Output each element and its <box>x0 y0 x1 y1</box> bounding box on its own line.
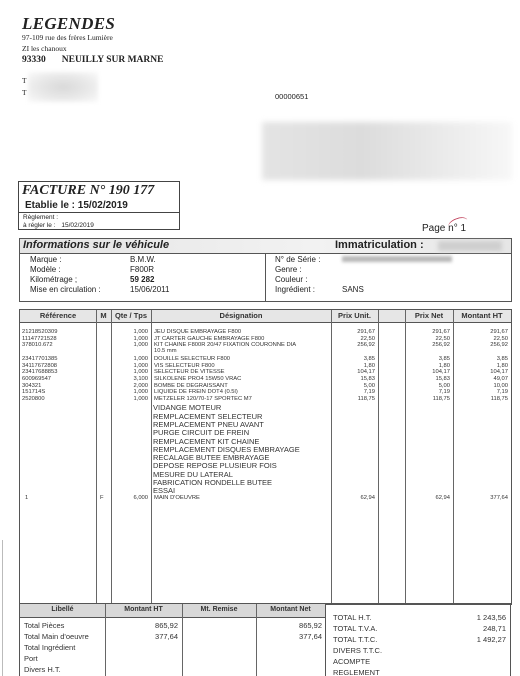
item-reference: 304321 <box>22 383 41 389</box>
vehicle-mileage-label: Kilométrage ; <box>30 275 77 284</box>
item-quantity: 1,000 <box>111 356 148 362</box>
grand-total-row: TOTAL T.V.A.248,71 <box>333 624 506 633</box>
grand-total-label: TOTAL T.T.C. <box>333 635 377 644</box>
vehicle-brand-value: B.M.W. <box>130 255 156 264</box>
item-net-price: 118,75 <box>405 396 450 402</box>
grand-total-label: TOTAL T.V.A. <box>333 624 377 633</box>
header-total-ht: Montant HT <box>453 311 511 320</box>
item-total-ht: 291,67 <box>453 329 508 335</box>
vehicle-color-label: Couleur : <box>275 275 307 284</box>
vehicle-info-title: Informations sur le véhicule <box>23 239 169 251</box>
item-reference: 23417701385 <box>22 356 57 362</box>
item-quantity: 2,000 <box>111 383 148 389</box>
header-amount-ht: Montant HT <box>105 606 182 613</box>
vehicle-registration-date-label: Mise en circulation : <box>30 285 101 294</box>
item-quantity: 1,000 <box>111 329 148 335</box>
due-date-line: à régler le : 15/02/2019 <box>23 222 94 229</box>
item-quantity: 3,100 <box>111 376 148 382</box>
item-net-price: 1,80 <box>405 363 450 369</box>
payment-label: Règlement : <box>23 214 58 221</box>
item-quantity: 1,000 <box>111 336 148 342</box>
summary-label: Divers H.T. <box>24 665 61 674</box>
header-qty: Qte / Tps <box>111 311 151 320</box>
redacted-serial-number <box>342 256 452 262</box>
summary-label: Total Ingrédient <box>24 643 75 652</box>
item-unit-price: 1,80 <box>331 363 375 369</box>
item-reference: 11147721528 <box>22 336 57 342</box>
labor-note: ESSAI <box>153 486 175 495</box>
client-number: 00000651 <box>275 92 308 101</box>
company-address-line1: 97-109 rue des frères Lumière <box>22 33 113 42</box>
grand-total-label: DIVERS T.T.C. <box>333 646 382 655</box>
vehicle-model-value: F800R <box>130 265 154 274</box>
item-quantity: 1,000 <box>111 369 148 375</box>
item-net-price: 15,83 <box>405 376 450 382</box>
grand-totals: TOTAL H.T.1 243,56TOTAL T.V.A.248,71TOTA… <box>324 603 511 676</box>
item-reference: 23417688853 <box>22 369 57 375</box>
vehicle-ingredient-label: Ingrédient : <box>275 285 315 294</box>
header-designation: Désignation <box>151 311 331 320</box>
company-city-line: 93330NEUILLY SUR MARNE <box>22 55 179 65</box>
company-name: LEGENDES <box>22 14 115 34</box>
item-net-price: 291,67 <box>405 329 450 335</box>
item-unit-price: 291,67 <box>331 329 375 335</box>
header-label: Libellé <box>20 606 105 613</box>
item-designation: MAIN D'OEUVRE <box>154 495 200 501</box>
summary-amount-ht: 377,64 <box>105 632 178 641</box>
registration-label: Immatriculation : <box>335 239 424 251</box>
vehicle-ingredient-value: SANS <box>342 285 364 294</box>
invoice-title: FACTURE N° 190 177 <box>22 183 154 199</box>
column-divider <box>96 310 97 604</box>
item-unit-price: 7,19 <box>331 389 375 395</box>
item-total-ht: 7,19 <box>453 389 508 395</box>
item-designation-cont: 10.5 mm <box>154 348 177 354</box>
invoice-issue-date: Etablie le : 15/02/2019 <box>25 200 128 211</box>
redacted-registration <box>438 241 502 251</box>
item-designation: BOMBE DE DEGRAISSANT <box>154 383 228 389</box>
divider <box>19 212 179 213</box>
item-unit-price: 15,83 <box>331 376 375 382</box>
summary-amount-ht: 865,92 <box>105 621 178 630</box>
item-total-ht: 256,92 <box>453 342 508 348</box>
due-label: à régler le : <box>23 222 56 229</box>
column-divider <box>331 310 332 604</box>
item-total-ht: 3,85 <box>453 356 508 362</box>
item-net-price: 62,94 <box>405 495 450 501</box>
item-quantity: 6,000 <box>111 495 148 501</box>
column-divider <box>453 310 454 604</box>
company-address-line2: ZI les chanoux <box>22 44 67 53</box>
item-designation: JT CARTER GAUCHE EMBRAYAGE F800 <box>154 336 264 342</box>
item-reference: 378010.672 <box>22 342 53 348</box>
item-unit-price: 256,92 <box>331 342 375 348</box>
summary-label: Total Main d'oeuvre <box>24 632 89 641</box>
item-total-ht: 118,75 <box>453 396 508 402</box>
grand-total-label: TOTAL H.T. <box>333 613 372 622</box>
item-reference: 2520800 <box>22 396 45 402</box>
item-unit-price: 22,50 <box>331 336 375 342</box>
vehicle-registration-date-value: 15/06/2011 <box>130 285 169 294</box>
column-divider <box>151 310 152 604</box>
item-unit-price: 62,94 <box>331 495 375 501</box>
company-city: NEUILLY SUR MARNE <box>62 55 164 65</box>
company-postcode: 93330 <box>22 55 46 65</box>
item-designation: SELECTEUR DE VITESSE <box>154 369 225 375</box>
item-designation: JEU DISQUE EMBRAYAGE F800 <box>154 329 241 335</box>
divider <box>265 253 266 301</box>
item-total-ht: 1,80 <box>453 363 508 369</box>
table-header: Référence M Qte / Tps Désignation Prix U… <box>20 310 511 323</box>
item-m-flag: F <box>100 495 104 501</box>
invoice-header-box: FACTURE N° 190 177 Etablie le : 15/02/20… <box>18 181 180 230</box>
item-total-ht: 10,00 <box>453 383 508 389</box>
summary-label: Port <box>24 654 38 663</box>
item-total-ht: 22,50 <box>453 336 508 342</box>
grand-total-row: DIVERS T.T.C. <box>333 646 506 655</box>
invoice-lines-table: Référence M Qte / Tps Désignation Prix U… <box>19 309 512 605</box>
item-unit-price: 3,85 <box>331 356 375 362</box>
item-quantity: 1,000 <box>111 363 148 369</box>
header-discount: Mt. Remise <box>182 606 256 613</box>
column-divider <box>405 310 406 604</box>
grand-total-label: REGLEMENT <box>333 668 380 676</box>
grand-total-value: 1 243,56 <box>477 613 506 622</box>
grand-total-row: ACOMPTE <box>333 657 506 666</box>
item-total-ht: 104,17 <box>453 369 508 375</box>
totals-breakdown-table: Libellé Montant HT Mt. Remise Montant Ne… <box>19 603 326 676</box>
vehicle-info-header: Informations sur le véhicule Immatricula… <box>20 239 511 254</box>
item-designation: METZELER 120/70-17 SPORTEC M7 <box>154 396 252 402</box>
item-reference: 21218520309 <box>22 329 57 335</box>
due-date: 15/02/2019 <box>61 222 94 229</box>
column-divider <box>111 310 112 604</box>
item-unit-price: 5,00 <box>331 383 375 389</box>
item-designation: VIS SELECTEUR F800 <box>154 363 215 369</box>
summary-amount-net: 865,92 <box>256 621 322 630</box>
totals-header: Libellé Montant HT Mt. Remise Montant Ne… <box>20 604 325 618</box>
grand-total-row: TOTAL H.T.1 243,56 <box>333 613 506 622</box>
header-reference: Référence <box>20 311 96 320</box>
item-net-price: 7,19 <box>405 389 450 395</box>
summary-label: Total Pièces <box>24 621 64 630</box>
item-designation: DOUILLE SELECTEUR F800 <box>154 356 230 362</box>
item-reference: 600969547 <box>22 376 51 382</box>
header-m: M <box>96 311 111 320</box>
vehicle-mileage-value: 59 282 <box>130 275 154 284</box>
item-total-ht: 49,07 <box>453 376 508 382</box>
redacted-client-address <box>262 122 512 180</box>
header-amount-net: Montant Net <box>256 606 325 613</box>
grand-total-row: TOTAL T.T.C.1 492,27 <box>333 635 506 644</box>
item-net-price: 22,50 <box>405 336 450 342</box>
item-total-ht: 377,64 <box>453 495 508 501</box>
item-net-price: 256,92 <box>405 342 450 348</box>
vehicle-serial-label: N° de Série : <box>275 255 320 264</box>
item-reference: 34117672808 <box>22 363 57 369</box>
item-designation: SILKOLENE PRO4 15W50 VRAC <box>154 376 241 382</box>
vehicle-brand-label: Marque : <box>30 255 62 264</box>
header-unit-price: Prix Unit. <box>331 311 378 320</box>
item-net-price: 5,00 <box>405 383 450 389</box>
grand-total-value: 1 492,27 <box>477 635 506 644</box>
vehicle-model-label: Modèle : <box>30 265 61 274</box>
item-reference: 1 <box>25 495 28 501</box>
summary-amount-net: 377,64 <box>256 632 322 641</box>
tel-label-2: T <box>22 88 27 97</box>
item-designation: LIQUIDE DE FREIN DOT4 (0.5l) <box>154 389 238 395</box>
item-quantity: 1,000 <box>111 396 148 402</box>
item-reference: 151714S <box>22 389 45 395</box>
grand-total-row: REGLEMENT <box>333 668 506 676</box>
grand-total-label: ACOMPTE <box>333 657 370 666</box>
vehicle-type-label: Genre : <box>275 265 302 274</box>
tel-label-1: T <box>22 76 27 85</box>
item-net-price: 3,85 <box>405 356 450 362</box>
item-quantity: 1,000 <box>111 342 148 348</box>
redacted-phone <box>28 72 98 102</box>
item-unit-price: 118,75 <box>331 396 375 402</box>
scan-edge <box>2 540 3 676</box>
column-divider <box>378 310 379 604</box>
item-quantity: 1,000 <box>111 389 148 395</box>
item-unit-price: 104,17 <box>331 369 375 375</box>
column-divider <box>182 604 183 676</box>
item-net-price: 104,17 <box>405 369 450 375</box>
grand-total-value: 248,71 <box>483 624 506 633</box>
header-net-price: Prix Net <box>405 311 453 320</box>
vehicle-info-section: Informations sur le véhicule Immatricula… <box>19 238 512 302</box>
